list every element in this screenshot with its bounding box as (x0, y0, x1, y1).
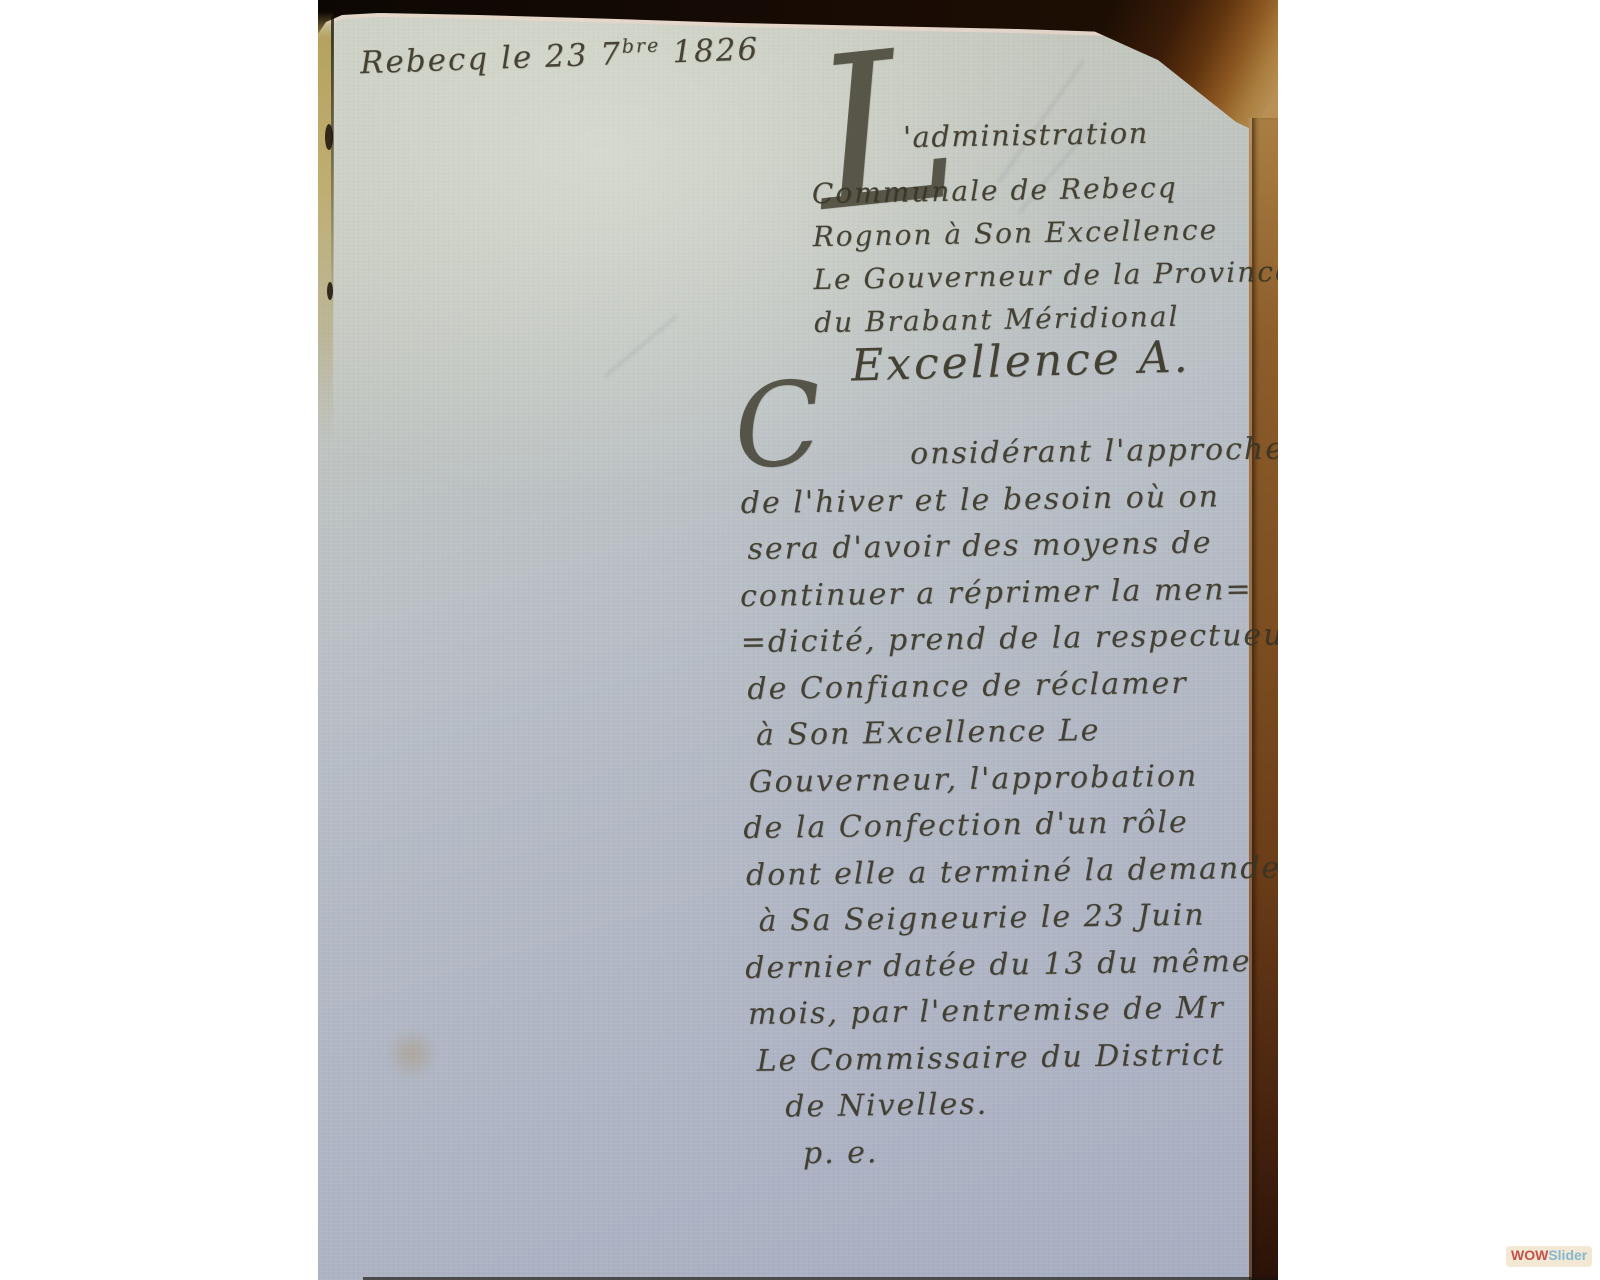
date-year: 1826 (672, 31, 760, 70)
body-line: onsidérant l'approche (910, 426, 1278, 478)
document-photo: Rebecq le 23 7bre 1826 L 'administration… (318, 0, 1278, 1280)
wowslider-watermark[interactable]: WOWSlider (1506, 1246, 1592, 1267)
body-line: à Son Excellence Le (756, 705, 1278, 759)
book-gutter (318, 12, 333, 442)
paper-stain (386, 1028, 438, 1080)
body-line: de la Confection d'un rôle (743, 798, 1278, 853)
body-line: de l'hiver et le besoin où on (740, 472, 1278, 527)
watermark-brand-text: WOW (1511, 1247, 1548, 1263)
body-line: dont elle a terminé la demande (746, 844, 1278, 899)
body-line: Gouverneur, l'approbation (748, 751, 1278, 806)
ink-bleed-mark (603, 315, 678, 378)
date-superscript: bre (621, 34, 660, 57)
gutter-ink-mark (327, 282, 333, 300)
date-text: Rebecq le 23 7 (359, 36, 622, 81)
body-line: de Confiance de réclamer (747, 658, 1278, 713)
date-line: Rebecq le 23 7bre 1826 (359, 31, 759, 81)
body-line: Le Commissaire du District (756, 1030, 1278, 1084)
address-line: Le Gouverneur de la Province (813, 250, 1278, 301)
address-line: 'administration (903, 116, 1149, 154)
watermark-product-text: Slider (1548, 1247, 1587, 1263)
salutation-line: Excellence A. (850, 332, 1191, 392)
body-line: =dicité, prend de la respectueuse (740, 612, 1278, 667)
body-line: dernier datée du 13 du même (745, 937, 1278, 992)
body-line: sera d'avoir des moyens de (747, 519, 1278, 573)
body-line: de Nivelles. (785, 1077, 1278, 1131)
address-block: Communale de Rebecq Rognon à Son Excelle… (812, 164, 1278, 344)
letter-body: onsidérant l'approche de l'hiver et le b… (738, 426, 1278, 1178)
gutter-ink-mark (325, 124, 333, 150)
body-line: continuer a réprimer la men= (740, 565, 1278, 620)
body-line: à Sa Seigneurie le 23 Juin (758, 891, 1278, 945)
body-line: mois, par l'entremise de Mr (748, 984, 1278, 1039)
page-canvas: Rebecq le 23 7bre 1826 L 'administration… (0, 0, 1600, 1280)
body-line: p. e. (803, 1123, 1278, 1177)
